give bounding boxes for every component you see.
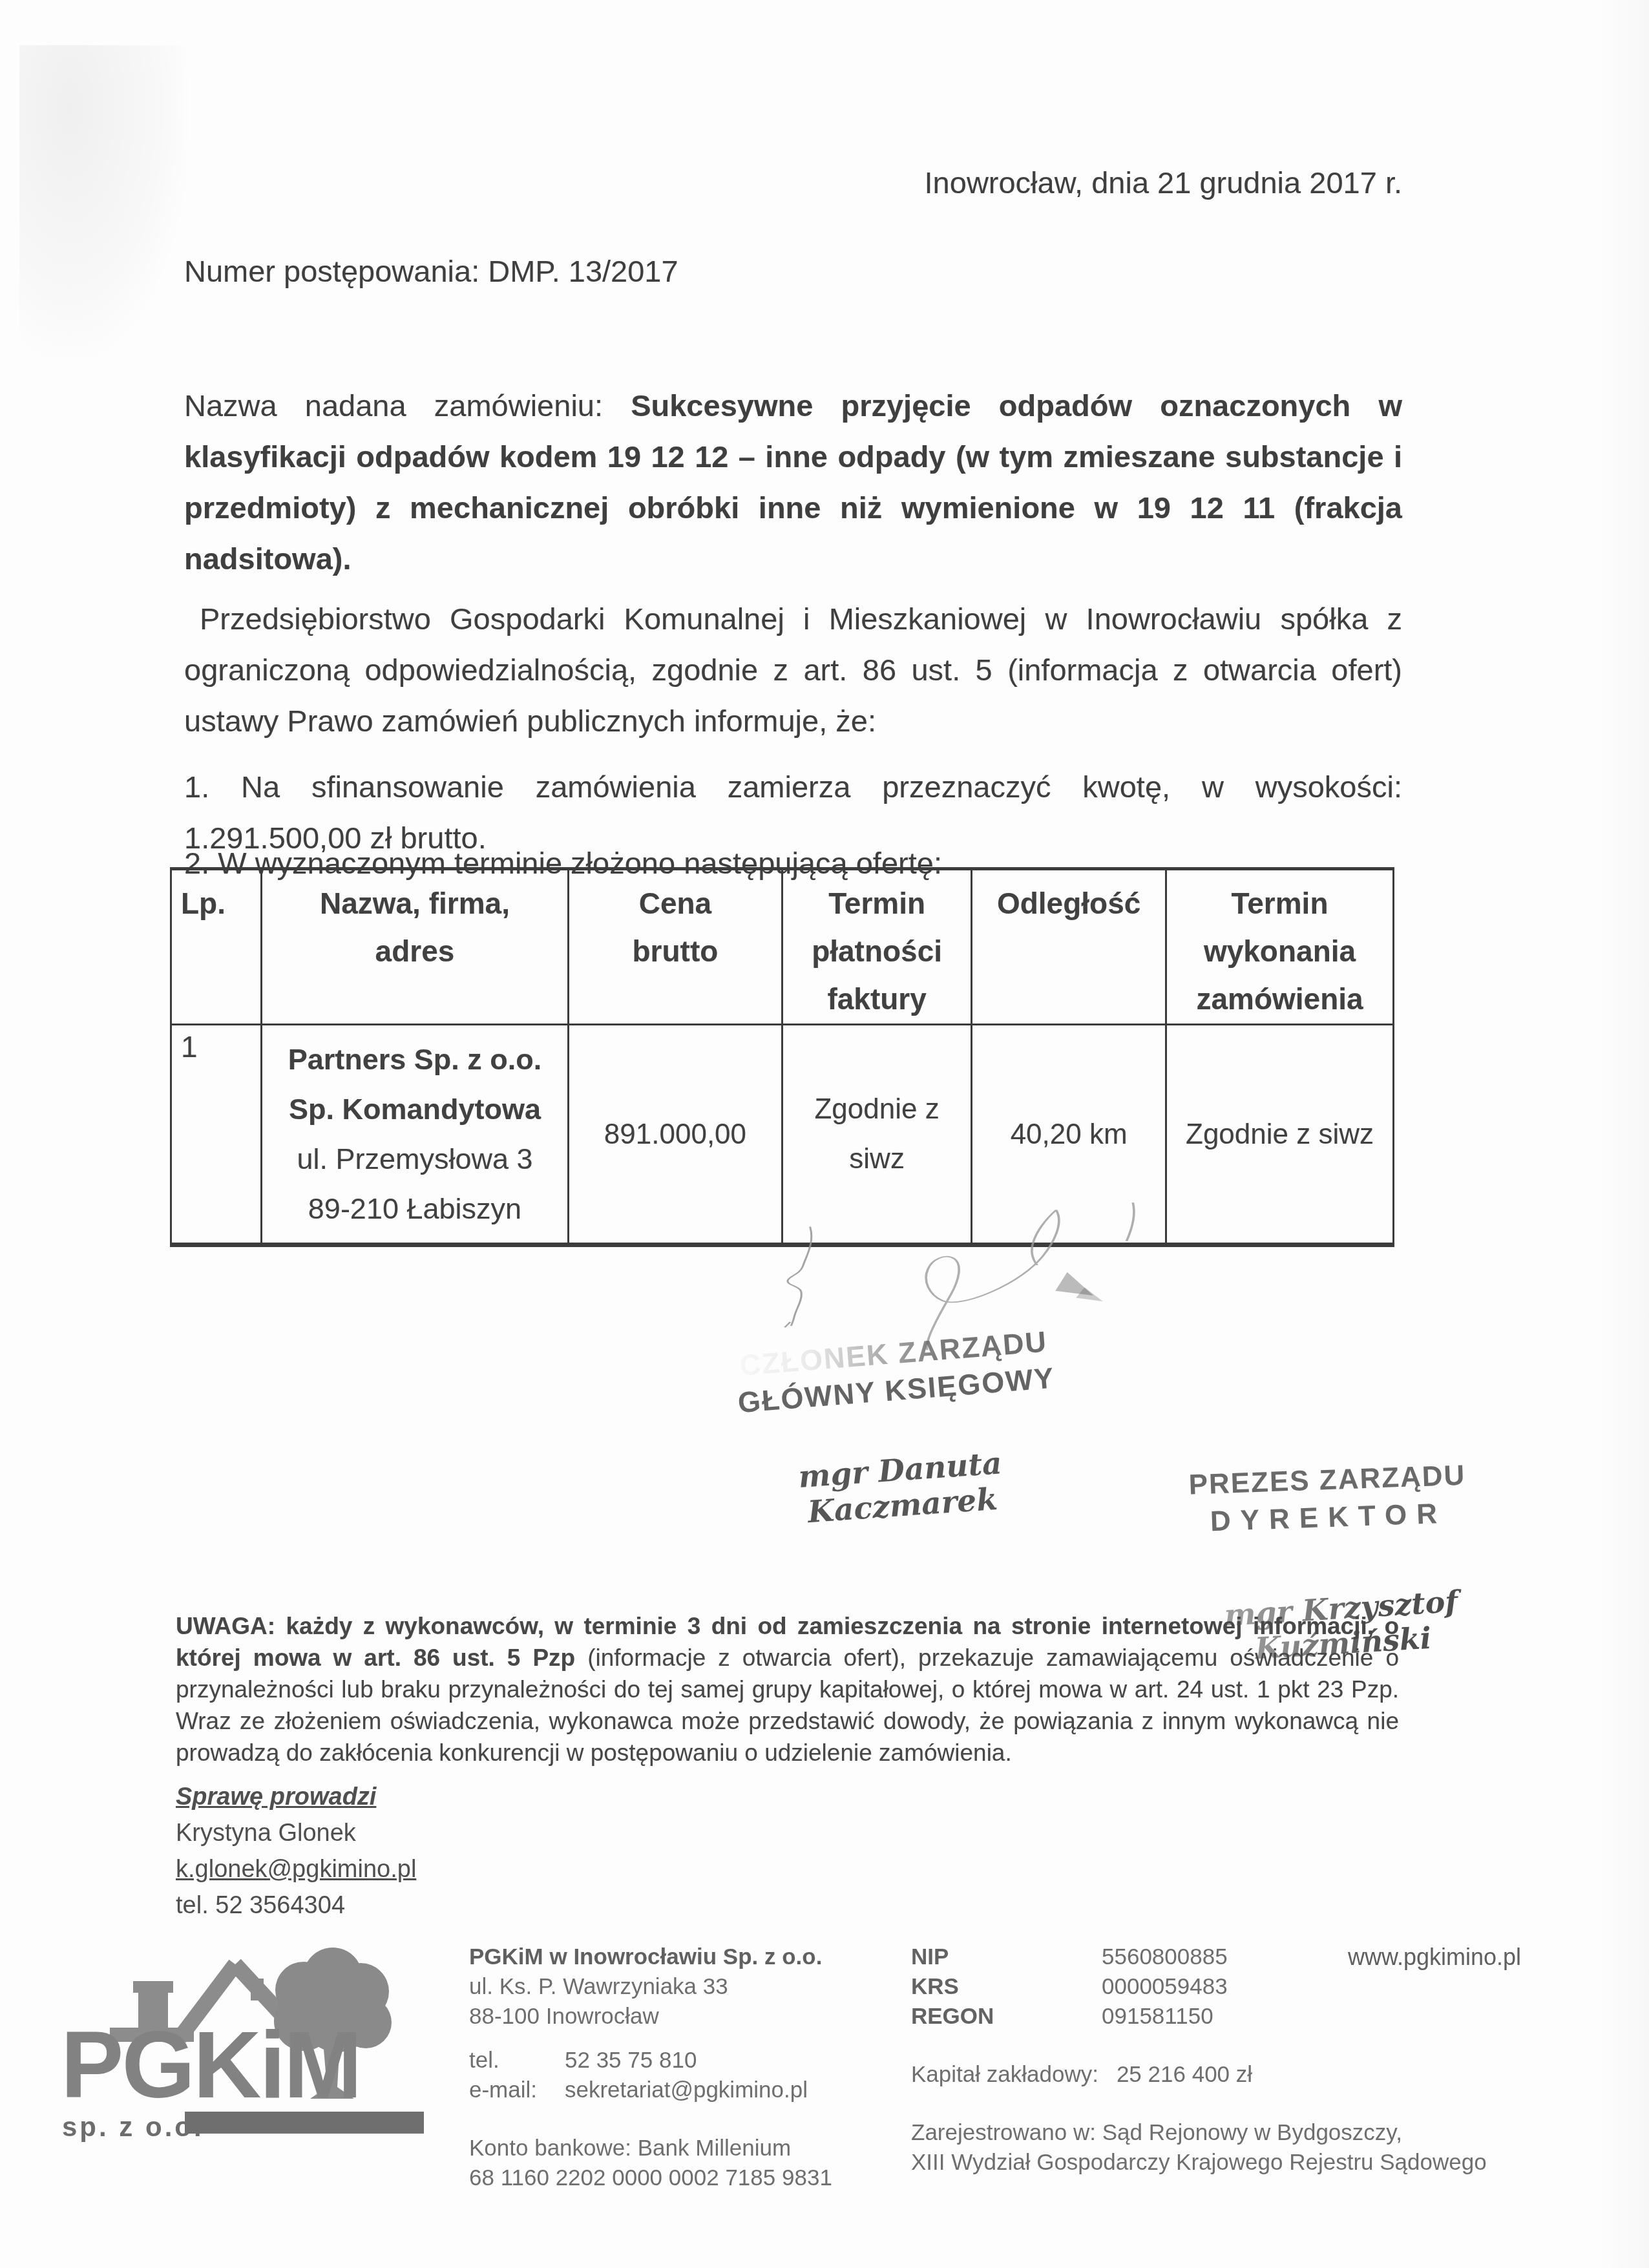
case-officer-name: Krystyna Glonek bbox=[176, 1815, 416, 1851]
company-logo-bar bbox=[185, 2112, 424, 2134]
scan-edge-artifact bbox=[1597, 0, 1649, 2268]
date-line: Inowrocław, dnia 21 grudnia 2017 r. bbox=[184, 165, 1402, 200]
signature-left-stroke bbox=[784, 1226, 811, 1327]
footer-company-street: ul. Ks. P. Wawrzyniaka 33 bbox=[469, 1972, 832, 2002]
header-gross-price: Cena brutto bbox=[568, 869, 782, 1025]
case-officer-phone: tel. 52 3564304 bbox=[176, 1887, 416, 1924]
bidder-street: ul. Przemysłowa 3 bbox=[263, 1134, 567, 1184]
bidder-name-1: Partners Sp. z o.o. bbox=[263, 1034, 567, 1084]
header-completion-term: Termin wykonania zamówienia bbox=[1166, 869, 1394, 1025]
footer-regon-value: 091581150 bbox=[1102, 2002, 1213, 2032]
footer-krs-value: 0000059483 bbox=[1102, 1972, 1228, 2002]
cell-lp: 1 bbox=[171, 1025, 262, 1245]
footer-capital-label: Kapitał zakładowy: bbox=[911, 2060, 1098, 2090]
scanned-document-page: Inowrocław, dnia 21 grudnia 2017 r. Nume… bbox=[0, 0, 1649, 2268]
footer-phone-label: tel. bbox=[469, 2046, 565, 2075]
logo-roof-step bbox=[251, 1979, 264, 2000]
footer-krs-row: KRS 0000059483 bbox=[911, 1972, 1487, 2002]
footer-email-row: e-mail: sekretariat@pgkimino.pl bbox=[469, 2075, 832, 2105]
footer-company-name: PGKiM w Inowrocławiu Sp. z o.o. bbox=[469, 1942, 832, 1972]
footer-nip-value: 5560800885 bbox=[1102, 1942, 1228, 1972]
body-paragraph: Przedsiębiorstwo Gospodarki Komunalnej i… bbox=[184, 593, 1402, 746]
footer-registry-block: NIP 5560800885 KRS 0000059483 REGON 0915… bbox=[911, 1942, 1487, 2178]
subject-paragraph: Nazwa nadana zamówieniu: Sukcesywne przy… bbox=[184, 380, 1402, 584]
stamp-president: PREZES ZARZĄDU DYREKTOR bbox=[1142, 1455, 1513, 1543]
header-lp: Lp. bbox=[171, 869, 262, 1025]
footer-nip-label: NIP bbox=[911, 1942, 1102, 1972]
footer-capital-value: 25 216 400 zł bbox=[1117, 2060, 1252, 2090]
bidder-name-2: Sp. Komandytowa bbox=[263, 1084, 567, 1134]
footer-phone-value: 52 35 75 810 bbox=[565, 2046, 697, 2075]
logo-chimney-cap bbox=[133, 1981, 173, 1993]
bidder-city: 89-210 Łabiszyn bbox=[263, 1184, 567, 1234]
company-logo-suffix: sp. z o.o. bbox=[62, 2112, 204, 2143]
header-payment-term: Termin płatności faktury bbox=[782, 869, 971, 1025]
company-logo-wordmark: PGKiM bbox=[61, 2026, 361, 2104]
notice-paragraph: UWAGA: każdy z wykonawców, w terminie 3 … bbox=[176, 1610, 1399, 1769]
case-officer-block: Sprawę prowadzi Krystyna Glonek k.glonek… bbox=[176, 1779, 416, 1924]
footer-email-label: e-mail: bbox=[469, 2075, 565, 2105]
table-header-row: Lp. Nazwa, firma, adres Cena brutto Term… bbox=[171, 869, 1394, 1025]
footer-regon-label: REGON bbox=[911, 2002, 1102, 2032]
footer-company-city: 88-100 Inowrocław bbox=[469, 2002, 832, 2032]
header-name-address: Nazwa, firma, adres bbox=[262, 869, 569, 1025]
subject-intro: Nazwa nadana zamówieniu: bbox=[184, 388, 631, 423]
footer-company-block: PGKiM w Inowrocławiu Sp. z o.o. ul. Ks. … bbox=[469, 1942, 832, 2193]
footer-account-number: 68 1160 2202 0000 0002 7185 9831 bbox=[469, 2163, 832, 2193]
footer-email-value: sekretariat@pgkimino.pl bbox=[565, 2075, 808, 2105]
footer-phone-row: tel. 52 35 75 810 bbox=[469, 2046, 832, 2075]
offers-table: Lp. Nazwa, firma, adres Cena brutto Term… bbox=[170, 867, 1394, 1247]
footer-bank-line: Konto bankowe: Bank Millenium bbox=[469, 2134, 832, 2163]
scan-smudge-artifact bbox=[19, 45, 187, 355]
footer-krs-label: KRS bbox=[911, 1972, 1102, 2002]
case-number: Numer postępowania: DMP. 13/2017 bbox=[184, 253, 678, 289]
footer-registered-line2: XIII Wydział Gospodarczy Krajowego Rejes… bbox=[911, 2148, 1487, 2178]
footer-website: www.pgkimino.pl bbox=[1348, 1944, 1521, 1971]
signature-right-loop-left bbox=[1032, 1210, 1056, 1265]
footer-registered-line1: Zarejestrowano w: Sąd Rejonowy w Bydgosz… bbox=[911, 2118, 1487, 2148]
case-officer-email: k.glonek@pgkimino.pl bbox=[176, 1851, 416, 1887]
footer-regon-row: REGON 091581150 bbox=[911, 2002, 1487, 2032]
footer-capital-row: Kapitał zakładowy: 25 216 400 zł bbox=[911, 2060, 1487, 2090]
header-distance: Odległość bbox=[972, 869, 1166, 1025]
cell-bidder: Partners Sp. z o.o. Sp. Komandytowa ul. … bbox=[262, 1025, 569, 1245]
signature-right-curl bbox=[1126, 1202, 1134, 1241]
case-officer-heading: Sprawę prowadzi bbox=[176, 1779, 416, 1815]
